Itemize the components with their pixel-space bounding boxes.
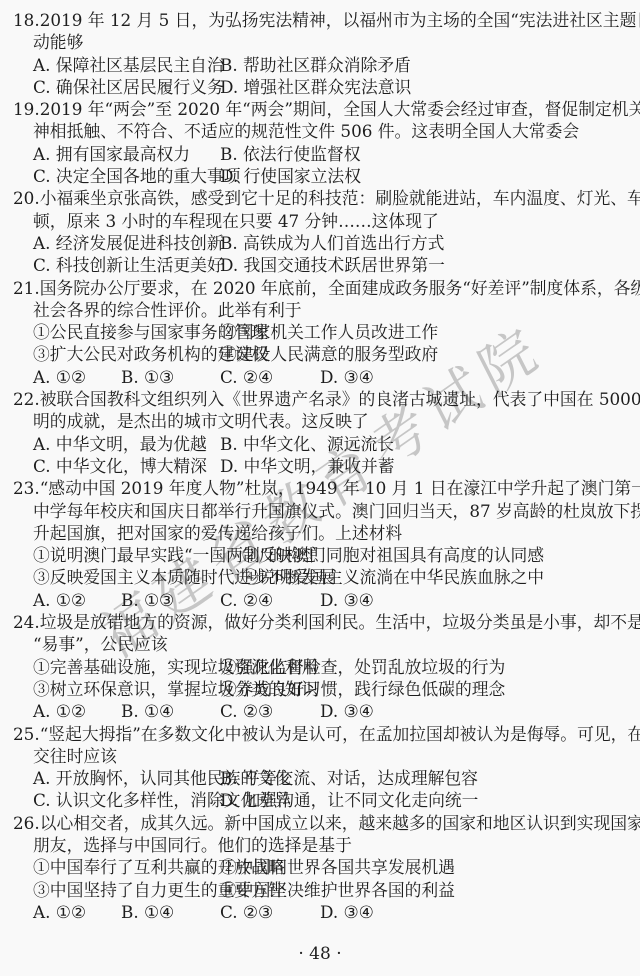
stem-text: 小福乘坐京张高铁，感受到它十足的科技范：刷脸就能进站，车内温度、灯光、车窗颜色自… (40, 188, 640, 208)
options-row: C. 认识文化多样性，消除文化差异 D. 加强沟通，让不同文化走向统一 (0, 789, 640, 811)
option-a: A. 中华文明，最为优越 (33, 433, 220, 455)
stem-text: “竖起大拇指”在多数文化中被认为是认可，在孟加拉国却被认为是侮辱。可见，在与不同… (40, 724, 640, 744)
options-row: A. 拥有国家最高权力 B. 依法行使监督权 (0, 143, 640, 165)
stem-text: 国务院办公厅要求，在 2020 年底前，全面建成政务服务“好差评”制度体系，各级… (40, 278, 640, 298)
stem-line: 交往时应该 (0, 745, 640, 767)
stem-line: 中学每年校庆和国庆日都举行升国旗仪式。澳门回归当天，87 岁高龄的杜岚放下拐杖，… (0, 500, 640, 522)
answer-b: B. ①④ (121, 901, 220, 923)
question-20: 20.小福乘坐京张高铁，感受到它十足的科技范：刷脸就能进站，车内温度、灯光、车窗… (0, 187, 640, 276)
question-number: 18. (13, 9, 40, 31)
suboption-1: ①中国奉行了互利共赢的开放战略 (33, 856, 220, 878)
option-d: D. 增强社区群众宪法意识 (220, 76, 640, 98)
stem-text: 交往时应该 (33, 746, 117, 766)
stem-text: 社会各界的综合性评价。此举有利于 (33, 300, 302, 320)
answer-choices-row: A. ①② B. ①③ C. ②④ D. ③④ (0, 589, 640, 611)
options-row: C. 科技创新让生活更美好 D. 我国交通技术跃居世界第一 (0, 254, 640, 276)
options-row: C. 中华文化，博大精深 D. 中华文明，兼收并蓄 (0, 455, 640, 477)
answer-a: A. ①② (33, 366, 121, 388)
answer-c: C. ②④ (220, 589, 320, 611)
option-a: A. 开放胸怀，认同其他民族的文化 (33, 767, 220, 789)
stem-text: 中学每年校庆和国庆日都举行升国旗仪式。澳门回归当天，87 岁高龄的杜岚放下拐杖，… (33, 501, 640, 521)
suboption-2: ②强化监督检查，处罚乱放垃圾的行为 (220, 656, 640, 678)
answer-b: B. ①③ (121, 589, 220, 611)
option-b: B. 高铁成为人们首选出行方式 (220, 232, 640, 254)
answer-a: A. ①② (33, 700, 121, 722)
suboption-3: ③反映爱国主义本质随时代进步不断发展 (33, 566, 242, 588)
option-c: C. 认识文化多样性，消除文化差异 (33, 789, 220, 811)
stem-text: 以心相交者，成其久远。新中国成立以来，越来越多的国家和地区认识到实现国家发展离不… (40, 813, 640, 833)
suboption-4: ④中国坚决维护世界各国的利益 (220, 879, 640, 901)
stem-text: “感动中国 2019 年度人物”杜岚，1949 年 10 月 1 日在濠江中学升… (40, 478, 640, 498)
stem-line: 升起国旗，把对国家的爱传递给孩子们。上述材料 (0, 522, 640, 544)
answer-c: C. ②③ (220, 700, 320, 722)
question-number: 24. (13, 611, 40, 633)
question-23: 23.“感动中国 2019 年度人物”杜岚，1949 年 10 月 1 日在濠江… (0, 477, 640, 611)
answer-choices-row: A. ①② B. ①④ C. ②③ D. ③④ (0, 901, 640, 923)
suboptions-row: ③中国坚持了自力更生的重要方针 ④中国坚决维护世界各国的利益 (0, 879, 640, 901)
answer-d: D. ③④ (320, 700, 640, 722)
suboptions-row: ①中国奉行了互利共赢的开放战略 ②中国同世界各国共享发展机遇 (0, 856, 640, 878)
question-18: 18.2019 年 12 月 5 日，为弘扬宪法精神，以福州市为主场的全国“宪法… (0, 9, 640, 98)
stem-text: 动能够 (33, 32, 83, 52)
stem-line: 24.垃圾是放错地方的资源，做好分类利国利民。生活中，垃圾分类虽是小事，却不是易… (0, 611, 640, 633)
option-c: C. 科技创新让生活更美好 (33, 254, 220, 276)
stem-line: 神相抵触、不符合、不适应的规范性文件 506 件。这表明全国人大常委会 (0, 120, 640, 142)
stem-line: 顿，原来 3 小时的车程现在只要 47 分钟……这体现了 (0, 210, 640, 232)
suboption-2: ②国家机关工作人员改进工作 (220, 321, 640, 343)
stem-line: 23.“感动中国 2019 年度人物”杜岚，1949 年 10 月 1 日在濠江… (0, 477, 640, 499)
option-b: B. 依法行使监督权 (220, 143, 640, 165)
answer-b: B. ①③ (121, 366, 220, 388)
stem-text: 被联合国教科文组织列入《世界遗产名录》的良渚古城遗址，代表了中国在 5000 多… (40, 389, 640, 409)
question-26: 26.以心相交者，成其久远。新中国成立以来，越来越多的国家和地区认识到实现国家发… (0, 812, 640, 923)
stem-text: 垃圾是放错地方的资源，做好分类利国利民。生活中，垃圾分类虽是小事，却不是易事。要… (40, 612, 640, 632)
stem-text: 顿，原来 3 小时的车程现在只要 47 分钟……这体现了 (33, 211, 439, 231)
options-row: A. 保障社区基层民主自治 B. 帮助社区群众消除矛盾 (0, 54, 640, 76)
option-c: C. 决定全国各地的重大事项 (33, 165, 220, 187)
question-22: 22.被联合国教科文组织列入《世界遗产名录》的良渚古城遗址，代表了中国在 500… (0, 388, 640, 477)
option-a: A. 经济发展促进科技创新 (33, 232, 220, 254)
stem-text: 2019 年“两会”至 2020 年“两会”期间，全国人大常委会经过审查，督促制… (40, 99, 640, 119)
suboptions-row: ③树立环保意识，掌握垃圾分类的知识 ④养成良好习惯，践行绿色低碳的理念 (0, 678, 640, 700)
answer-d: D. ③④ (320, 366, 640, 388)
suboption-2: ②中国同世界各国共享发展机遇 (220, 856, 640, 878)
option-d: D. 我国交通技术跃居世界第一 (220, 254, 640, 276)
answer-a: A. ①② (33, 901, 121, 923)
options-row: A. 开放胸怀，认同其他民族的文化 B. 平等交流、对话，达成理解包容 (0, 767, 640, 789)
option-c: C. 中华文化，博大精深 (33, 455, 220, 477)
question-25: 25.“竖起大拇指”在多数文化中被认为是认可，在孟加拉国却被认为是侮辱。可见，在… (0, 723, 640, 812)
suboption-1: ①公民直接参与国家事务的管理 (33, 321, 220, 343)
answer-c: C. ②④ (220, 366, 320, 388)
option-a: A. 拥有国家最高权力 (33, 143, 220, 165)
option-d: D. 中华文明，兼收并蓄 (220, 455, 640, 477)
option-b: B. 平等交流、对话，达成理解包容 (220, 767, 640, 789)
suboption-1: ①说明澳门最早实践“一国两制”的构想 (33, 544, 242, 566)
stem-line: 动能够 (0, 31, 640, 53)
question-24: 24.垃圾是放错地方的资源，做好分类利国利民。生活中，垃圾分类虽是小事，却不是易… (0, 611, 640, 722)
stem-line: 朋友，选择与中国同行。他们的选择是基于 (0, 834, 640, 856)
question-number: 25. (13, 723, 40, 745)
stem-line: 明的成就，是杰出的城市文明代表。这反映了 (0, 410, 640, 432)
suboptions-row: ③反映爱国主义本质随时代进步不断发展 ④说明爱国主义流淌在中华民族血脉之中 (0, 566, 640, 588)
stem-line: 19.2019 年“两会”至 2020 年“两会”期间，全国人大常委会经过审查，… (0, 98, 640, 120)
suboption-2: ②反映澳门同胞对祖国具有高度的认同感 (242, 544, 640, 566)
options-row: A. 中华文明，最为优越 B. 中华文化、源远流长 (0, 433, 640, 455)
options-row: C. 决定全国各地的重大事项 D. 行使国家立法权 (0, 165, 640, 187)
stem-text: 朋友，选择与中国同行。他们的选择是基于 (33, 835, 352, 855)
stem-line: 社会各界的综合性评价。此举有利于 (0, 299, 640, 321)
suboption-3: ③树立环保意识，掌握垃圾分类的知识 (33, 678, 220, 700)
suboption-4: ④养成良好习惯，践行绿色低碳的理念 (220, 678, 640, 700)
options-row: C. 确保社区居民履行义务 D. 增强社区群众宪法意识 (0, 76, 640, 98)
stem-line: 20.小福乘坐京张高铁，感受到它十足的科技范：刷脸就能进站，车内温度、灯光、车窗… (0, 187, 640, 209)
suboption-3: ③中国坚持了自力更生的重要方针 (33, 879, 220, 901)
question-number: 23. (13, 477, 40, 499)
stem-line: 22.被联合国教科文组织列入《世界遗产名录》的良渚古城遗址，代表了中国在 500… (0, 388, 640, 410)
option-c: C. 确保社区居民履行义务 (33, 76, 220, 98)
answer-d: D. ③④ (320, 589, 640, 611)
option-a: A. 保障社区基层民主自治 (33, 54, 220, 76)
question-number: 26. (13, 812, 40, 834)
answer-d: D. ③④ (320, 901, 640, 923)
suboption-4: ④说明爱国主义流淌在中华民族血脉之中 (242, 566, 640, 588)
stem-text: 升起国旗，把对国家的爱传递给孩子们。上述材料 (33, 523, 402, 543)
answer-c: C. ②③ (220, 901, 320, 923)
question-number: 21. (13, 277, 40, 299)
exam-content: 18.2019 年 12 月 5 日，为弘扬宪法精神，以福州市为主场的全国“宪法… (0, 0, 640, 976)
question-19: 19.2019 年“两会”至 2020 年“两会”期间，全国人大常委会经过审查，… (0, 98, 640, 187)
option-b: B. 帮助社区群众消除矛盾 (220, 54, 640, 76)
option-d: D. 加强沟通，让不同文化走向统一 (220, 789, 640, 811)
suboptions-row: ①说明澳门最早实践“一国两制”的构想 ②反映澳门同胞对祖国具有高度的认同感 (0, 544, 640, 566)
option-b: B. 中华文化、源远流长 (220, 433, 640, 455)
page-number: · 48 · (0, 944, 640, 964)
question-number: 20. (13, 187, 40, 209)
answer-choices-row: A. ①② B. ①④ C. ②③ D. ③④ (0, 700, 640, 722)
answer-b: B. ①④ (121, 700, 220, 722)
options-row: A. 经济发展促进科技创新 B. 高铁成为人们首选出行方式 (0, 232, 640, 254)
stem-line: “易事”，公民应该 (0, 633, 640, 655)
stem-line: 18.2019 年 12 月 5 日，为弘扬宪法精神，以福州市为主场的全国“宪法… (0, 9, 640, 31)
exam-page: 福建省教育考试院 18.2019 年 12 月 5 日，为弘扬宪法精神，以福州市… (0, 0, 640, 976)
suboption-3: ③扩大公民对政务机构的建议权 (33, 343, 220, 365)
stem-line: 21.国务院办公厅要求，在 2020 年底前，全面建成政务服务“好差评”制度体系… (0, 277, 640, 299)
stem-text: 2019 年 12 月 5 日，为弘扬宪法精神，以福州市为主场的全国“宪法进社区… (40, 10, 640, 30)
stem-line: 26.以心相交者，成其久远。新中国成立以来，越来越多的国家和地区认识到实现国家发… (0, 812, 640, 834)
suboptions-row: ③扩大公民对政务机构的建议权 ④建设人民满意的服务型政府 (0, 343, 640, 365)
answer-choices-row: A. ①② B. ①③ C. ②④ D. ③④ (0, 366, 640, 388)
answer-a: A. ①② (33, 589, 121, 611)
suboptions-row: ①公民直接参与国家事务的管理 ②国家机关工作人员改进工作 (0, 321, 640, 343)
suboption-4: ④建设人民满意的服务型政府 (220, 343, 640, 365)
suboption-1: ①完善基础设施，实现垃圾资源化利用 (33, 656, 220, 678)
question-21: 21.国务院办公厅要求，在 2020 年底前，全面建成政务服务“好差评”制度体系… (0, 277, 640, 388)
stem-text: 明的成就，是杰出的城市文明代表。这反映了 (33, 411, 369, 431)
question-number: 19. (13, 98, 40, 120)
option-d: D. 行使国家立法权 (220, 165, 640, 187)
suboptions-row: ①完善基础设施，实现垃圾资源化利用 ②强化监督检查，处罚乱放垃圾的行为 (0, 656, 640, 678)
stem-text: “易事”，公民应该 (33, 634, 168, 654)
question-number: 22. (13, 388, 40, 410)
stem-text: 神相抵触、不符合、不适应的规范性文件 506 件。这表明全国人大常委会 (33, 121, 579, 141)
stem-line: 25.“竖起大拇指”在多数文化中被认为是认可，在孟加拉国却被认为是侮辱。可见，在… (0, 723, 640, 745)
